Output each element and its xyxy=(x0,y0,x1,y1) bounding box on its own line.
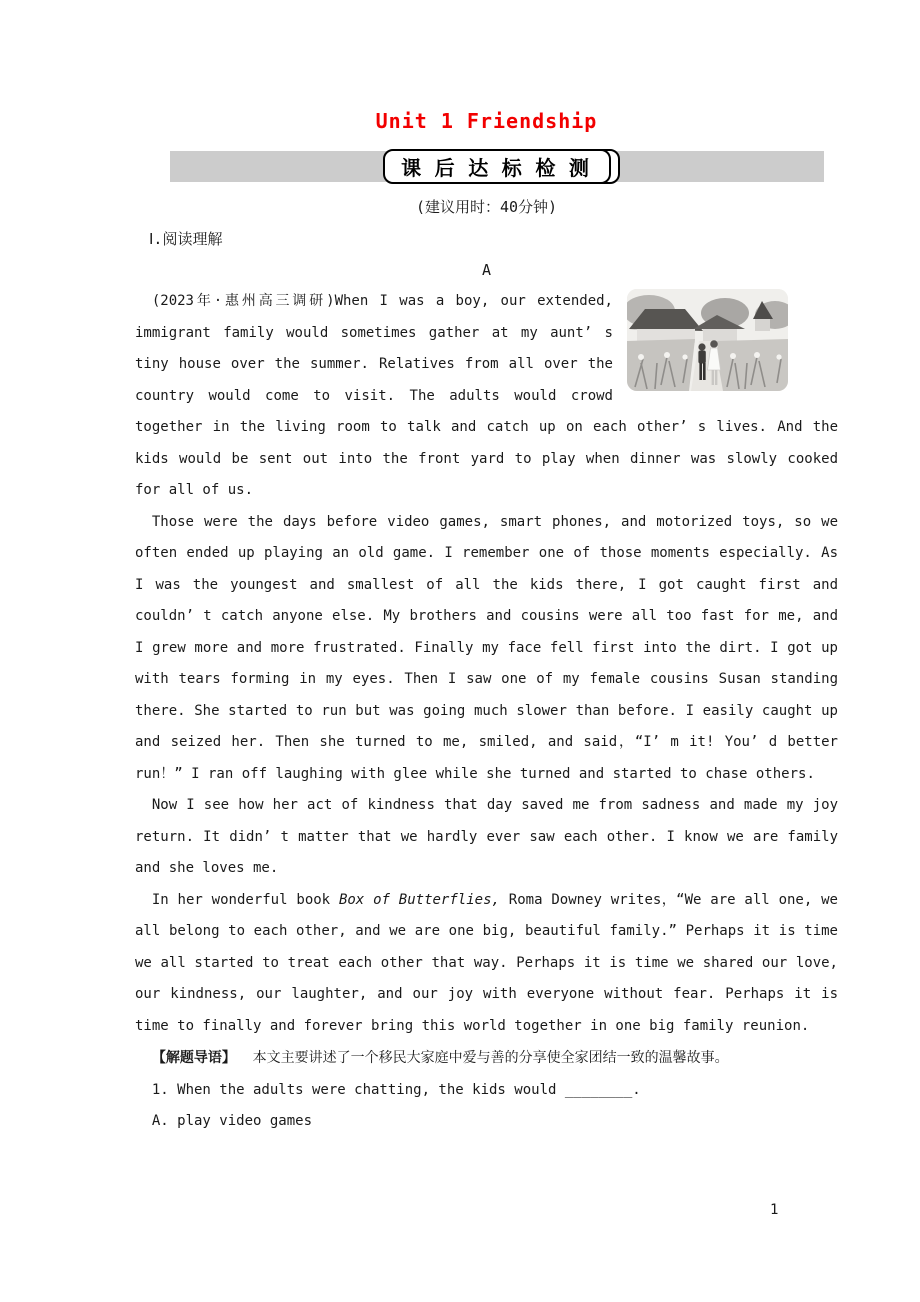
garden-photo-illustration xyxy=(627,289,788,391)
guide-label: 【解题导语】 xyxy=(152,1049,236,1065)
time-suggestion: (建议用时：40分钟) xyxy=(135,196,838,218)
page-title: Unit 1 Friendship xyxy=(135,106,838,136)
passage-photo xyxy=(627,289,788,391)
section-heading: Ⅰ.阅读理解 xyxy=(135,228,838,250)
paragraph-4-pre: In her wonderful book xyxy=(152,892,339,908)
paragraph-4-post: Roma Downey writes，“We are all one, we a… xyxy=(135,892,838,1034)
passage-paragraph-2: Those were the days before video games, … xyxy=(135,507,838,791)
guide-note: 【解题导语】本文主要讲述了一个移民大家庭中爱与善的分享使全家团结一致的温馨故事。 xyxy=(135,1042,838,1075)
option-a-text: play video games xyxy=(177,1113,312,1129)
banner-badge-label: 课 后 达 标 检 测 xyxy=(383,149,611,184)
reading-passage: (2023年·惠州高三调研)When I was a boy, our exte… xyxy=(135,286,838,1138)
section-banner: 课 后 达 标 检 测 xyxy=(170,151,824,182)
passage-paragraph-3: Now I see how her act of kindness that d… xyxy=(135,790,838,885)
passage-label: A xyxy=(135,259,838,281)
banner-badge: 课 后 达 标 检 测 xyxy=(383,149,611,184)
book-title: Box of Butterflies, xyxy=(339,892,500,908)
passage-paragraph-4: In her wonderful book Box of Butterflies… xyxy=(135,885,838,1043)
question-1: 1. When the adults were chatting, the ki… xyxy=(135,1075,838,1107)
passage-source-tag: (2023年·惠州高三调研) xyxy=(152,293,335,309)
page-number: 1 xyxy=(770,1199,778,1221)
question-1-number: 1. xyxy=(152,1082,169,1098)
question-1-stem: When the adults were chatting, the kids … xyxy=(177,1082,641,1098)
question-1-option-a: A. play video games xyxy=(135,1106,838,1138)
guide-text: 本文主要讲述了一个移民大家庭中爱与善的分享使全家团结一致的温馨故事。 xyxy=(253,1050,729,1066)
option-a-label: A. xyxy=(152,1113,169,1129)
worksheet-page: Unit 1 Friendship 课 后 达 标 检 测 (建议用时：40分钟… xyxy=(0,0,920,1302)
